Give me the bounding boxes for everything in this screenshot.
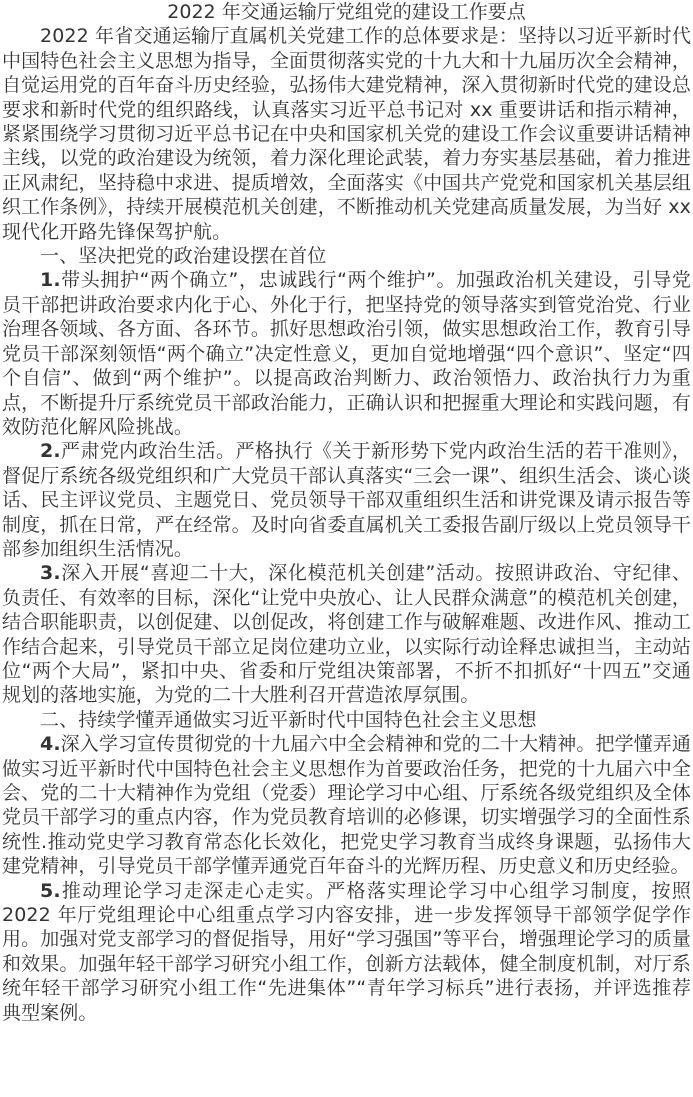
document-page: 2022 年交通运输厅党组党的建设工作要点 2022 年省交通运输厅直属机关党建… <box>0 0 693 1025</box>
intro-paragraph: 2022 年省交通运输厅直属机关党建工作的总体要求是：坚持以习近平新时代中国特色… <box>2 24 691 244</box>
section-heading-1: 一、坚决把党的政治建设摆在首位 <box>2 244 691 268</box>
item-paragraph-1: 1.带头拥护“两个确立”，忠诚践行“两个维护”。加强政治机关建设，引导党员干部把… <box>2 268 691 439</box>
item-body-1: 加强政治机关建设，引导党员干部把讲政治要求内化于心、外化于行，把坚持党的领导落实… <box>2 269 691 437</box>
item-lead-5: 推动理论学习走深走心走实。 <box>61 880 327 902</box>
item-lead-1: 带头拥护“两个确立”，忠诚践行“两个维护”。 <box>61 269 456 291</box>
item-number-5: 5. <box>40 880 61 902</box>
item-paragraph-4: 4.深入学习宣传贯彻党的十九届六中全会精神和党的二十大精神。把学懂弄通做实习近平… <box>2 732 691 878</box>
item-number-2: 2. <box>40 440 61 462</box>
document-title: 2022 年交通运输厅党组党的建设工作要点 <box>2 0 691 24</box>
section-heading-2: 二、持续学懂弄通做实习近平新时代中国特色社会主义思想 <box>2 708 691 732</box>
item-number-4: 4. <box>40 733 61 755</box>
item-paragraph-3: 3.深入开展“喜迎二十大，深化模范机关创建”活动。按照讲政治、守纪律、负责任、有… <box>2 561 691 707</box>
item-number-1: 1. <box>40 269 61 291</box>
item-paragraph-5: 5.推动理论学习走深走心走实。严格落实理论学习中心组学习制度，按照 2022 年… <box>2 879 691 1025</box>
item-lead-4: 深入学习宣传贯彻党的十九届六中全会精神和党的二十大精神。 <box>61 733 596 755</box>
item-lead-3: 深入开展“喜迎二十大，深化模范机关创建”活动。 <box>61 562 495 584</box>
item-paragraph-2: 2.严肃党内政治生活。严格执行《关于新形势下党内政治生活的若干准则》，督促厅系统… <box>2 439 691 561</box>
item-number-3: 3. <box>40 562 61 584</box>
item-lead-2: 严肃党内政治生活。 <box>61 440 236 462</box>
